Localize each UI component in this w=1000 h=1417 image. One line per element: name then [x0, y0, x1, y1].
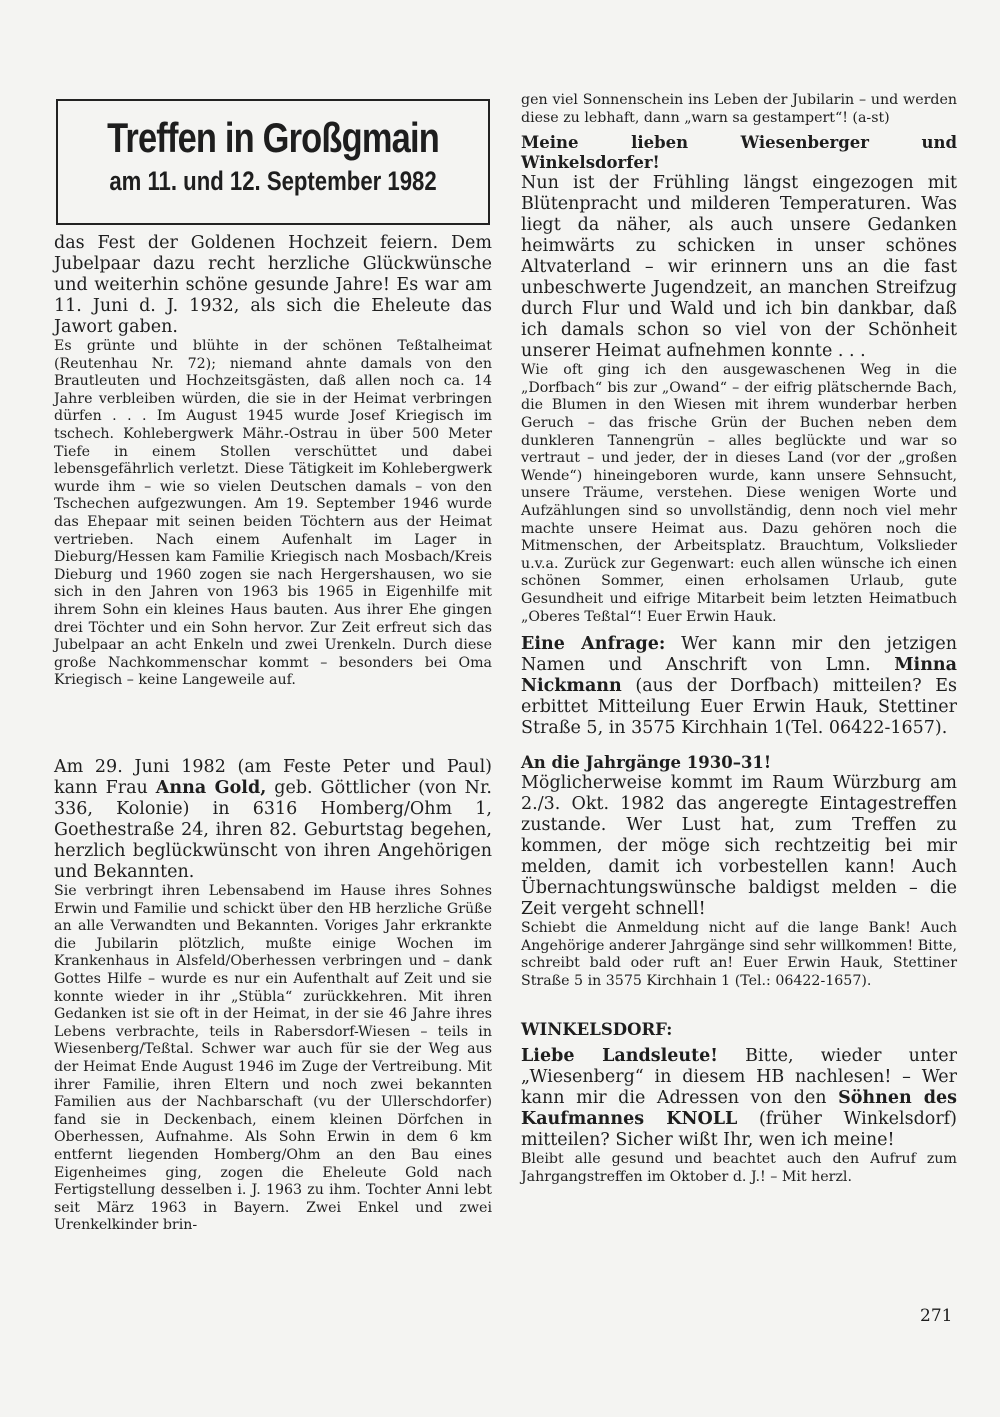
birthday-intro: Am 29. Juni 1982 (am Feste Peter und Pau…	[54, 757, 492, 883]
section-heading-jahrgaenge: An die Jahrgänge 1930–31!	[521, 753, 957, 773]
section-jahrgaenge-body: Schiebt die Anmeldung nicht auf die lang…	[521, 920, 957, 990]
section-anfrage: Eine Anfrage: Wer kann mir den jetzigen …	[521, 634, 957, 739]
golden-wedding-body: Es grünte und blühte in der schönen Teßt…	[54, 338, 492, 690]
birthday-body: Sie verbringt ihren Lebensabend im Hause…	[54, 883, 492, 1235]
golden-wedding-intro: das Fest der Goldenen Hochzeit feiern. D…	[54, 233, 492, 338]
anfrage-label: Eine Anfrage:	[521, 634, 665, 654]
section-winkelsdorf-body: Bleibt alle gesund und beachtet auch den…	[521, 1151, 957, 1186]
section-heading-wiesenberger: Meine lieben Wiesenberger und Winkelsdor…	[521, 133, 957, 173]
section-heading-winkelsdorf: WINKELSDORF:	[521, 1020, 957, 1040]
winkelsdorf-label: Liebe Landsleute!	[521, 1046, 718, 1066]
left-column-article-2: Am 29. Juni 1982 (am Feste Peter und Pau…	[54, 757, 492, 1235]
headline-title: Treffen in Großgmain	[97, 115, 450, 161]
section-winkelsdorf-intro: Liebe Landsleute! Bitte, wieder unter „W…	[521, 1046, 957, 1151]
right-column: gen viel Sonnenschein ins Leben der Jubi…	[521, 92, 957, 1187]
continuation-text: gen viel Sonnenschein ins Leben der Jubi…	[521, 92, 957, 127]
birthday-name: Anna Gold,	[156, 778, 266, 798]
section-wiesenberger-body: Wie oft ging ich den ausgewaschenen Weg …	[521, 362, 957, 626]
left-column-article-1: das Fest der Goldenen Hochzeit feiern. D…	[54, 233, 492, 690]
section-jahrgaenge-intro: Möglicherweise kommt im Raum Würzburg am…	[521, 773, 957, 920]
page-number: 271	[920, 1306, 952, 1326]
headline-box: Treffen in Großgmain am 11. und 12. Sept…	[56, 99, 490, 225]
section-wiesenberger-intro: Nun ist der Frühling längst eingezogen m…	[521, 173, 957, 362]
headline-subtitle: am 11. und 12. September 1982	[97, 165, 450, 197]
